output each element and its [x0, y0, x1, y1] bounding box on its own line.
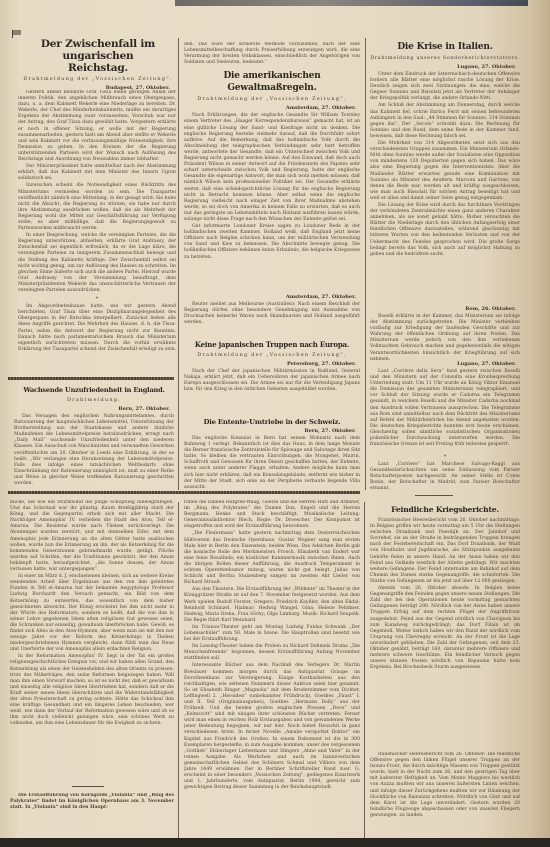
headline-ungarn-line2: Reichstag. [22, 62, 174, 74]
article-divider [8, 377, 174, 380]
paragraph: Boselli erklärte in der Kammer, das Mini… [370, 314, 520, 360]
article-amerika-second: Amsterdam, 27. Oktober. Reuter meldet au… [184, 293, 360, 338]
article-italien-lugano: Lugano, 27. Oktober. Laut „Corriere dell… [370, 360, 520, 452]
paragraph: „Die Fledermaus“ hatte gestern nachmitta… [184, 531, 360, 586]
paragraph: Das englische Konsulat in Bern hat seine… [184, 436, 360, 488]
headline-italien: Die Krise in Italien. [370, 42, 520, 53]
paragraph: In einer Besprechung, welche die vereini… [18, 233, 176, 294]
paragraph: Die Erstaufführung von Korngolds „Violan… [10, 793, 174, 811]
dateline-amerika: Amsterdam, 27. Oktober. [184, 105, 356, 111]
article-ungarn-body: Gestern abend benutzte Graf Tisza einen … [18, 90, 176, 375]
dateline-schweiz: Bern, 27. Oktober. [184, 428, 356, 434]
article-italien-rom: Rom, 26. Oktober. Boselli erklärte in de… [370, 305, 520, 360]
paragraph: Aus den Theatern. Die Erstaufführung der… [184, 587, 360, 624]
paragraph: Unter dem Eindruck der österreichisch-de… [370, 72, 520, 102]
paragraph: Italienischer Heeresbericht vom 26. Okto… [370, 752, 520, 818]
short-divider [72, 786, 104, 787]
column-rule [178, 502, 179, 838]
corner-mark-icon [12, 30, 23, 38]
paragraph: Gestern abend benutzte Graf Tisza einen … [18, 90, 176, 163]
paragraph: Laut „Corriere“ hat Marchese Salvago-Rag… [370, 462, 520, 492]
theater-news: rollen die Damen Hafgren-Waag, Goetze un… [184, 500, 360, 820]
paragraph: Im Abgeordnetenhause hatte, wie wir gest… [18, 304, 176, 353]
article-italien: Die Krise in Italien. Drahtmeldung unser… [370, 42, 520, 307]
paragraph: rollen die Damen Hafgren-Waag, Goetze un… [184, 500, 360, 530]
paragraph: Am Schluß der Abstimmung am Donnerstag, … [370, 103, 520, 140]
paragraph: Nach Erklärungen, die der englische Gesa… [184, 113, 360, 223]
article-england: Wachsende Unzufriedenheit in England. Dr… [14, 386, 174, 486]
dateline-italien: Lugano, 27. Oktober. [370, 64, 516, 70]
subtitle-amerika: Drahtmeldung der „Vossischen Zeitung“. [184, 96, 360, 102]
scan-bottom-edge [0, 838, 550, 847]
headline-ungarn-line1: Der Zwischenfall im ungarischen [22, 38, 174, 62]
lead-in-text: den. Das wäre der sicherste Methode vorz… [184, 42, 360, 66]
paragraph: Inzwischen scheint die Notwendigkeit ein… [18, 183, 176, 232]
paragraph: Das Versagen des englischen Nahrungsmitt… [14, 414, 174, 486]
subtitle-italien: Drahtmeldung unseres Sonderberichterstat… [370, 55, 520, 61]
paragraph: In einer im März d. J. erschienenen klei… [10, 574, 174, 653]
paragraph: Im Lessing-Theater haben die Proben zu R… [184, 644, 360, 662]
paragraph: blicke, um wie ein Sturmwind die junge S… [10, 500, 174, 573]
scan-top-edge [175, 0, 550, 6]
subtitle-england: Drahtmeldung. [14, 397, 174, 403]
paragraph: Reuter meldet aus Melbourne (Australien)… [184, 302, 360, 326]
paragraph: Die Mehrheit von 314 Abgeordneten setzt … [370, 141, 520, 202]
paragraph: Französischer Heeresbericht vom 26. Okto… [370, 518, 520, 585]
feuilleton-divider [8, 491, 360, 494]
article-italienischer-bericht: Italienischer Heeresbericht vom 26. Okto… [370, 752, 520, 818]
separator-asterisk: * [18, 296, 176, 302]
newspaper-page: Der Zwischenfall im ungarischen Reichsta… [0, 0, 550, 838]
headline-schweiz: Die Entente-Umtriebe in der Schweiz. [184, 418, 360, 427]
dateline-amerika-2: Amsterdam, 27. Oktober. [184, 294, 356, 300]
column-rule [178, 38, 179, 490]
paragraph: In der Reformation Amenophis' IV. liegt … [10, 654, 174, 727]
headline-england: Wachsende Unzufriedenheit in England. [14, 386, 174, 395]
headline-amerika: Die amerikanischen Gewaltmaßregeln. [184, 70, 360, 94]
article-ungarn-header: Der Zwischenfall im ungarischen Reichsta… [22, 38, 174, 93]
headline-japan: Keine japanischen Truppen nach Europa. [184, 340, 360, 350]
dateline-lugano: Lugano, 27. Oktober. [370, 361, 516, 367]
article-schweiz: Die Entente-Umtriebe in der Schweiz. Ber… [184, 418, 360, 488]
paragraph: Der Ministerpräsident hatte unmittelbar … [18, 164, 176, 182]
dateline-rom: Rom, 26. Oktober. [370, 306, 516, 312]
short-divider [415, 495, 453, 496]
article-kriegsberichte: Feindliche Kriegsberichte. Französischer… [370, 505, 520, 745]
feuilleton-body: blicke, um wie ein Sturmwind die junge S… [10, 500, 174, 780]
paragraph: Interessante Bücher aus dem Nachlaß des … [184, 663, 360, 791]
article-amerika: den. Das wäre der sicherste Methode vorz… [184, 42, 360, 290]
separator-asterisk: * [370, 454, 520, 460]
dateline-england: Bern, 27. Oktober. [14, 406, 170, 412]
paragraph: Im Trianon-Theater geht am Montag Ludwig… [184, 625, 360, 643]
paragraph: Nach der Chef der japanischen Militärmis… [184, 369, 360, 392]
subtitle-ungarn: Drahtmeldung der „Vossischen Zeitung“. [22, 76, 174, 82]
paragraph: Die Lösung der Krise wird durch das furc… [370, 203, 520, 258]
notice-violanta: Die Erstaufführung von Korngolds „Violan… [10, 793, 174, 817]
dateline-japan: Petersburg, 27. Oktober. [184, 361, 356, 367]
article-italien-corriere: * Laut „Corriere“ hat Marchese Salvago-R… [370, 452, 520, 492]
article-japan: Keine japanischen Truppen nach Europa. D… [184, 340, 360, 392]
column-rule [365, 38, 366, 490]
column-rule [364, 502, 365, 838]
paragraph: Laut „Corriere della Sera“ fand gestern … [370, 369, 520, 448]
paragraph: Gut informierte Londoner Kreise sagen zu… [184, 224, 360, 261]
page-right-edge [528, 0, 550, 838]
subtitle-japan: Drahtmeldung der „Vossischen Zeitung“. [184, 352, 360, 358]
headline-kriegsberichte: Feindliche Kriegsberichte. [370, 505, 520, 515]
paragraph: Abends vom 26. Oktober abends: In Belgie… [370, 586, 520, 671]
